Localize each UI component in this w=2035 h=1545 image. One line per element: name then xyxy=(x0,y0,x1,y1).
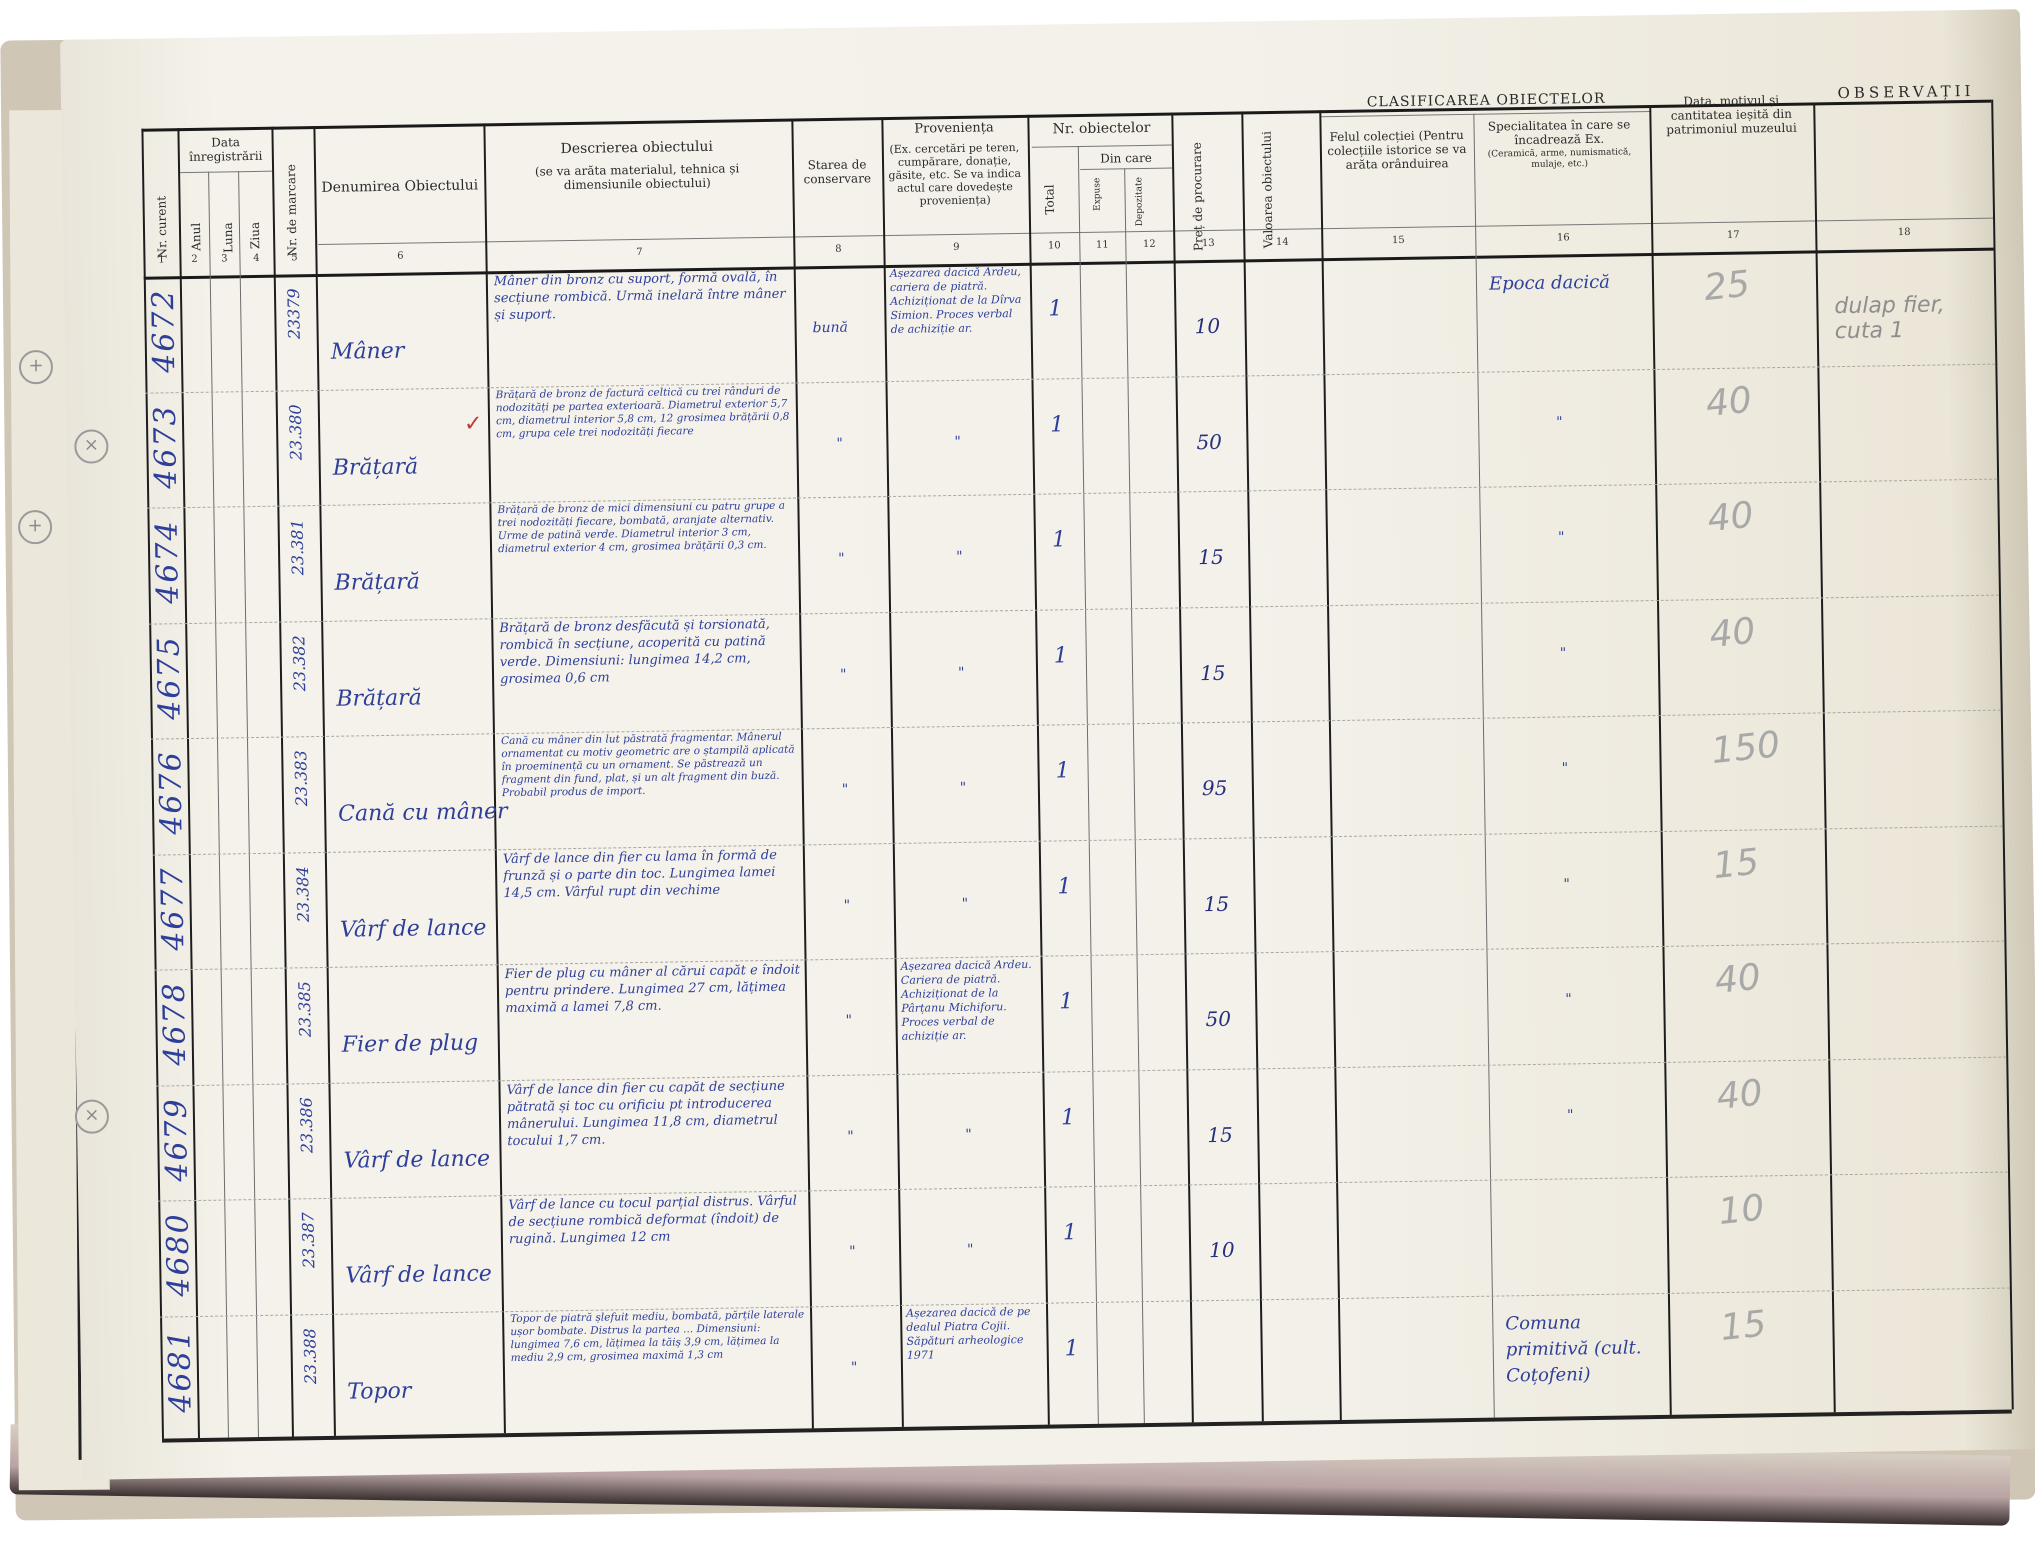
header-nr-curent: Nr. curent xyxy=(154,188,169,258)
header-descrierea: Descrierea obiectului xyxy=(487,139,787,158)
object-description: Vârf de lance din fier cu lama în formă … xyxy=(503,846,805,963)
column-number: 11 xyxy=(1087,239,1117,250)
pret-procurare-value: 95 xyxy=(1202,776,1228,800)
object-description: Cană cu mâner din lut păstrată fragmenta… xyxy=(501,730,803,847)
header-denumirea: Denumirea Obiectului xyxy=(317,178,482,195)
pencil-note-col17: 10 xyxy=(1717,1187,1767,1232)
header-depozitate: Depozitate xyxy=(1134,177,1145,226)
provenienta-value: " xyxy=(954,433,961,449)
header-observatii: OBSERVAȚII xyxy=(1821,84,1991,101)
pencil-note-col17: 40 xyxy=(1715,1072,1765,1117)
header-descrierea-sub: (se va arăta materialul, tehnica și dime… xyxy=(527,161,747,192)
object-name: Fier de plug xyxy=(342,1031,479,1058)
header-starea: Starea de conservare xyxy=(797,157,877,186)
column-number: 5 xyxy=(279,252,309,263)
column-rule xyxy=(1078,146,1099,1424)
pencil-note-col17: 40 xyxy=(1704,379,1754,424)
nr-curent-value: 4680 xyxy=(160,1212,196,1297)
total-count: 1 xyxy=(1061,1105,1075,1130)
header-ziua: Ziua xyxy=(248,222,262,249)
object-description: Topor de piatră șlefuit mediu, bombată, … xyxy=(510,1308,812,1425)
pencil-note-col17: 40 xyxy=(1713,957,1763,1002)
nr-curent-value: 4674 xyxy=(150,519,186,604)
column-number: 18 xyxy=(1889,227,1919,238)
nr-marcare-value: 23.385 xyxy=(295,981,315,1037)
red-check-mark-icon: ✓ xyxy=(464,411,483,436)
total-count: 1 xyxy=(1052,527,1066,552)
pencil-note-col17: 40 xyxy=(1706,495,1756,540)
total-count: 1 xyxy=(1063,1220,1077,1245)
pret-procurare-value: 15 xyxy=(1200,660,1226,684)
column-rule xyxy=(1991,100,2014,1410)
object-name: Topor xyxy=(347,1378,411,1404)
nr-curent-value: 4676 xyxy=(153,750,189,835)
column-number: 8 xyxy=(823,244,853,255)
header-total: Total xyxy=(1042,184,1056,214)
stare-conservare-value: " xyxy=(849,1244,856,1260)
specialitate-value: " xyxy=(1565,991,1572,1007)
pencil-note-col17: 25 xyxy=(1702,264,1752,309)
specialitate-value: " xyxy=(1563,876,1570,892)
header-valoarea: Valoarea obiectului xyxy=(1260,131,1276,248)
specialitate-value: " xyxy=(1567,1107,1574,1123)
object-name: Mâner xyxy=(331,339,405,365)
specialitate-value: " xyxy=(1558,529,1565,545)
header-provenienta: Proveniența xyxy=(886,121,1021,137)
header-divider xyxy=(1080,168,1172,170)
object-name: Brățară xyxy=(336,685,422,711)
object-name: Vârf de lance xyxy=(345,1261,492,1288)
column-rule xyxy=(1124,168,1145,1423)
provenienta-value: " xyxy=(958,664,965,680)
header-pret-procurare: Preț de procurare xyxy=(1190,142,1206,251)
header-luna: Luna xyxy=(221,222,235,253)
specialitate-value: " xyxy=(1562,760,1569,776)
nr-curent-value: 4678 xyxy=(157,981,193,1066)
column-number: 9 xyxy=(941,242,971,253)
column-rule xyxy=(1027,115,1050,1425)
header-provenienta-sub: (Ex. cercetări pe teren, cumpărare, dona… xyxy=(887,141,1023,208)
stare-conservare-value: bună xyxy=(812,320,848,337)
object-description: Brățară de bronz desfăcută și torsionată… xyxy=(499,615,801,732)
pret-procurare-value: 15 xyxy=(1204,891,1230,915)
nr-marcare-value: 23379 xyxy=(284,288,304,339)
object-name: Cană cu mâner xyxy=(338,799,508,827)
specialitate-value: " xyxy=(1560,645,1567,661)
pret-procurare-value: 15 xyxy=(1198,545,1224,569)
header-nr-marcare: Nr. de marcare xyxy=(284,136,300,256)
nr-marcare-value: 23.381 xyxy=(288,519,308,575)
column-number: 7 xyxy=(624,247,654,258)
nr-curent-value: 4679 xyxy=(159,1097,195,1182)
nr-marcare-value: 23.388 xyxy=(300,1328,320,1384)
header-divider xyxy=(1032,145,1172,148)
object-description: Fier de plug cu mâner al cărui capăt e î… xyxy=(505,961,807,1078)
column-number: 13 xyxy=(1193,238,1223,249)
total-count: 1 xyxy=(1057,874,1071,899)
nr-marcare-value: 23.386 xyxy=(297,1097,317,1153)
header-divider xyxy=(180,171,272,173)
pret-procurare-value: 50 xyxy=(1196,429,1222,453)
column-rule xyxy=(1649,105,1672,1415)
object-description: Brățară de bronz de factură celtică cu t… xyxy=(496,384,798,501)
column-number: 2 xyxy=(179,254,209,265)
object-name: Vârf de lance xyxy=(340,915,487,942)
total-count: 1 xyxy=(1050,412,1064,437)
nr-marcare-value: 23.380 xyxy=(286,404,306,460)
stare-conservare-value: " xyxy=(844,897,851,913)
specialitate-value: " xyxy=(1556,414,1563,430)
column-number: 4 xyxy=(241,253,271,264)
provenienta-value: " xyxy=(960,780,967,796)
provenienta-value: " xyxy=(965,1126,972,1142)
column-rule xyxy=(1241,111,1264,1421)
object-description: Mâner din bronz cu suport, formă ovală, … xyxy=(494,269,796,386)
column-rule xyxy=(1813,102,1836,1412)
circle-cross-stamp-icon: + xyxy=(19,350,53,384)
object-description: Vârf de lance din fier cu capăt de secți… xyxy=(506,1077,808,1194)
column-number: 14 xyxy=(1267,237,1297,248)
column-rule xyxy=(238,171,259,1437)
header-data-inregistrarii: Data înregistrării xyxy=(180,135,272,164)
stare-conservare-value: " xyxy=(838,551,845,567)
object-name: Vârf de lance xyxy=(343,1146,490,1173)
nr-curent-value: 4681 xyxy=(162,1328,198,1413)
circle-x-stamp-icon: × xyxy=(74,429,109,464)
specialitate-value: Comuna primitivă (cult. Coțofeni) xyxy=(1505,1309,1656,1389)
circle-x-stamp-icon: × xyxy=(75,1099,110,1134)
provenienta-value: " xyxy=(962,895,969,911)
total-count: 1 xyxy=(1059,989,1073,1014)
pret-procurare-value: 10 xyxy=(1209,1238,1235,1262)
pret-procurare-value: 50 xyxy=(1205,1007,1231,1031)
provenienta-value: Așezarea dacică Ardeu, cariera de piatră… xyxy=(890,265,1026,337)
nr-curent-value: 4675 xyxy=(151,635,187,720)
provenienta-value: " xyxy=(956,549,963,565)
header-felul-colectiei: Felul colecției (Pentru colecțiile istor… xyxy=(1327,128,1468,172)
circle-cross-stamp-icon: + xyxy=(18,510,52,544)
column-number: 12 xyxy=(1134,239,1164,250)
stare-conservare-value: " xyxy=(836,435,843,451)
pencil-note-col17: 150 xyxy=(1709,724,1782,772)
total-count: 1 xyxy=(1048,296,1062,321)
object-name: Brățară xyxy=(333,454,419,480)
nr-marcare-value: 23.384 xyxy=(293,866,313,922)
column-number: 16 xyxy=(1548,232,1578,243)
header-data-motivul: Data, motivul și cantitatea ieșită din p… xyxy=(1656,93,1807,137)
header-din-care: Din care xyxy=(1080,151,1172,166)
pencil-note-col17: 15 xyxy=(1718,1303,1768,1348)
pencil-note-col17: 15 xyxy=(1711,841,1761,886)
column-number: 15 xyxy=(1383,235,1413,246)
object-description: Vârf de lance cu tocul parțial distrus. … xyxy=(508,1192,810,1309)
stare-conservare-value: " xyxy=(851,1359,858,1375)
nr-marcare-value: 23.382 xyxy=(289,635,309,691)
pencil-note-col17: 40 xyxy=(1708,610,1758,655)
column-number: 1 xyxy=(146,254,176,265)
pret-procurare-value: 15 xyxy=(1207,1122,1233,1146)
nr-curent-value: 4673 xyxy=(148,404,184,489)
column-number: 17 xyxy=(1718,230,1748,241)
inventory-register-table: Nr. curent Data înregistrării Anul Luna … xyxy=(141,100,2011,1439)
stare-conservare-value: " xyxy=(847,1128,854,1144)
provenienta-value: Așezarea dacică de pe dealul Piatra Coji… xyxy=(906,1304,1042,1362)
column-number: 3 xyxy=(209,253,239,264)
header-specialitatea-sub: (Ceramică, arme, numismatică, mulaje, et… xyxy=(1482,147,1637,171)
column-rule xyxy=(1319,110,1342,1420)
total-count: 1 xyxy=(1064,1336,1078,1361)
pret-procurare-value: 10 xyxy=(1194,314,1220,338)
column-rule xyxy=(1171,113,1194,1423)
nr-curent-value: 4672 xyxy=(146,288,182,373)
nr-marcare-value: 23.387 xyxy=(298,1212,318,1268)
nr-curent-value: 4677 xyxy=(155,866,191,951)
column-number: 6 xyxy=(385,250,415,261)
provenienta-value: Așezarea dacică Ardeu. Cariera de piatră… xyxy=(901,958,1037,1044)
register-page: × × Nr. curent Data înregistrării Anul L… xyxy=(60,9,2035,1480)
nr-marcare-value: 23.383 xyxy=(291,750,311,806)
table-bottom-border xyxy=(162,1410,2012,1443)
total-count: 1 xyxy=(1054,643,1068,668)
column-rule xyxy=(1473,114,1494,1418)
column-rule xyxy=(208,172,229,1438)
stare-conservare-value: " xyxy=(845,1013,852,1029)
stare-conservare-value: " xyxy=(840,666,847,682)
header-nr-obiectelor: Nr. obiectelor xyxy=(1031,121,1171,137)
provenienta-value: " xyxy=(967,1242,974,1258)
object-description: Brățară de bronz de mici dimensiuni cu p… xyxy=(497,499,799,616)
column-number: 10 xyxy=(1039,240,1069,251)
specialitate-value: Epoca dacică xyxy=(1489,269,1639,297)
header-expuse: Expuse xyxy=(1092,178,1103,211)
header-specialitatea: Specialitatea în care se încadrează Ex. xyxy=(1476,117,1641,148)
observatii-value: dulap fier, cuta 1 xyxy=(1834,292,1995,345)
object-name: Brățară xyxy=(334,569,420,595)
header-anul: Anul xyxy=(189,223,203,251)
total-count: 1 xyxy=(1055,758,1069,783)
stare-conservare-value: " xyxy=(842,782,849,798)
